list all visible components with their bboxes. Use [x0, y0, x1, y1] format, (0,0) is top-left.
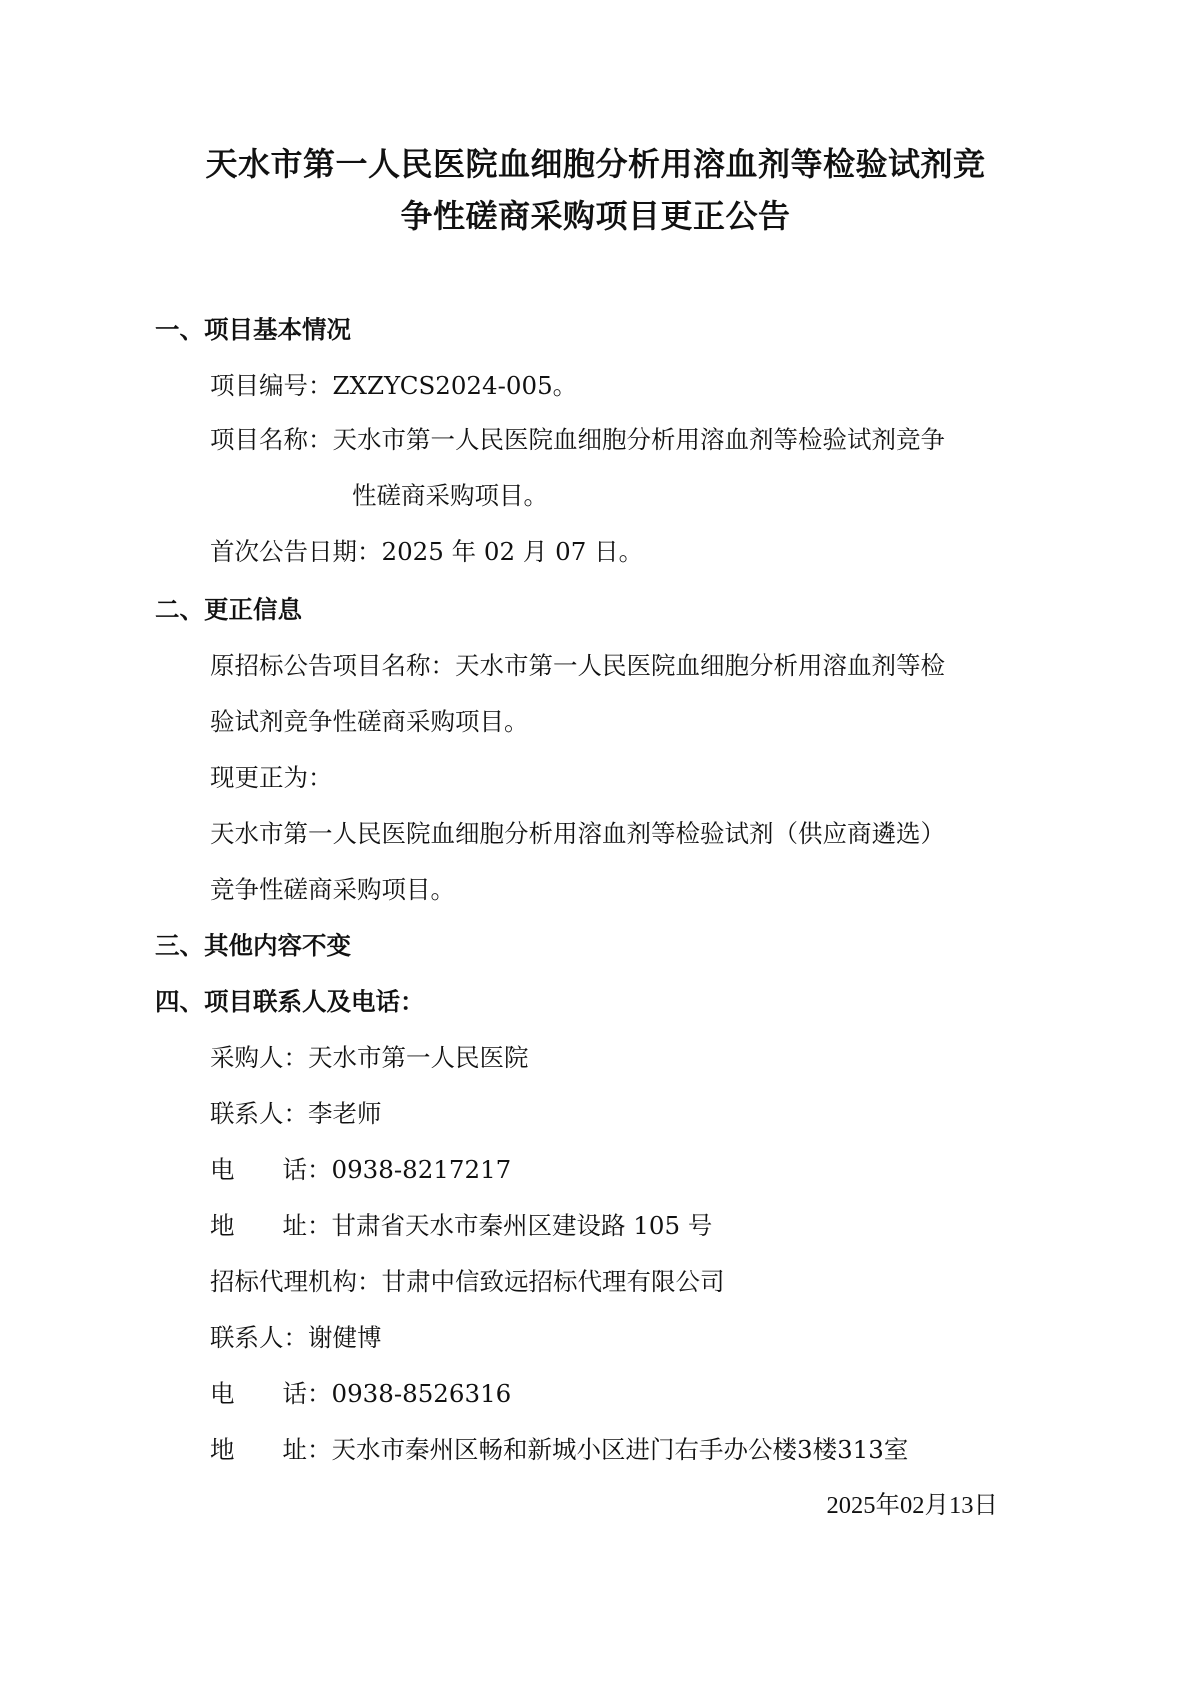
address-value: 址：甘肃省天水市秦州区建设路 105 号 [283, 1211, 713, 1240]
phone-label-char1: 电 [210, 1155, 235, 1184]
purchaser-contact: 联系人：李老师 [210, 1098, 382, 1130]
project-name-line-2: 性磋商采购项目。 [352, 480, 548, 512]
project-name-line-1: 项目名称：天水市第一人民医院血细胞分析用溶血剂等检验试剂竞争 [210, 424, 945, 456]
agency-address: 地址：天水市秦州区畅和新城小区进门右手办公楼3楼313室 [210, 1434, 908, 1466]
corrected-label: 现更正为： [210, 762, 333, 794]
phone-value: 话：0938-8217217 [283, 1155, 512, 1184]
section-heading-contacts: 四、项目联系人及电话： [155, 986, 425, 1018]
phone-label-char1: 电 [210, 1379, 235, 1408]
document-date: 2025年02月13日 [827, 1490, 999, 1522]
address-value: 址：天水市秦州区畅和新城小区进门右手办公楼3楼313室 [283, 1435, 909, 1464]
title-line-1: 天水市第一人民医院血细胞分析用溶血剂等检验试剂竞 [0, 138, 1191, 190]
title-line-2: 争性磋商采购项目更正公告 [0, 190, 1191, 242]
phone-value: 话：0938-8526316 [283, 1379, 512, 1408]
purchaser-phone: 电话：0938-8217217 [210, 1154, 511, 1186]
purchaser: 采购人：天水市第一人民医院 [210, 1042, 529, 1074]
original-name-line-1: 原招标公告项目名称：天水市第一人民医院血细胞分析用溶血剂等检 [210, 650, 945, 682]
section-heading-correction: 二、更正信息 [155, 594, 302, 626]
agency: 招标代理机构：甘肃中信致远招标代理有限公司 [210, 1266, 725, 1298]
purchaser-address: 地址：甘肃省天水市秦州区建设路 105 号 [210, 1210, 712, 1242]
project-number: 项目编号：ZXZYCS2024-005。 [210, 370, 577, 402]
address-label-char1: 地 [210, 1435, 235, 1464]
agency-phone: 电话：0938-8526316 [210, 1378, 511, 1410]
original-name-line-2: 验试剂竞争性磋商采购项目。 [210, 706, 529, 738]
first-notice-date: 首次公告日期：2025 年 02 月 07 日。 [210, 536, 643, 568]
agency-contact: 联系人：谢健博 [210, 1322, 382, 1354]
section-heading-basic-info: 一、项目基本情况 [155, 314, 351, 346]
announcement-title: 天水市第一人民医院血细胞分析用溶血剂等检验试剂竞 争性磋商采购项目更正公告 [0, 138, 1191, 242]
address-label-char1: 地 [210, 1211, 235, 1240]
corrected-name-line-1: 天水市第一人民医院血细胞分析用溶血剂等检验试剂（供应商遴选） [210, 818, 945, 850]
section-heading-other: 三、其他内容不变 [155, 930, 351, 962]
corrected-name-line-2: 竞争性磋商采购项目。 [210, 874, 455, 906]
